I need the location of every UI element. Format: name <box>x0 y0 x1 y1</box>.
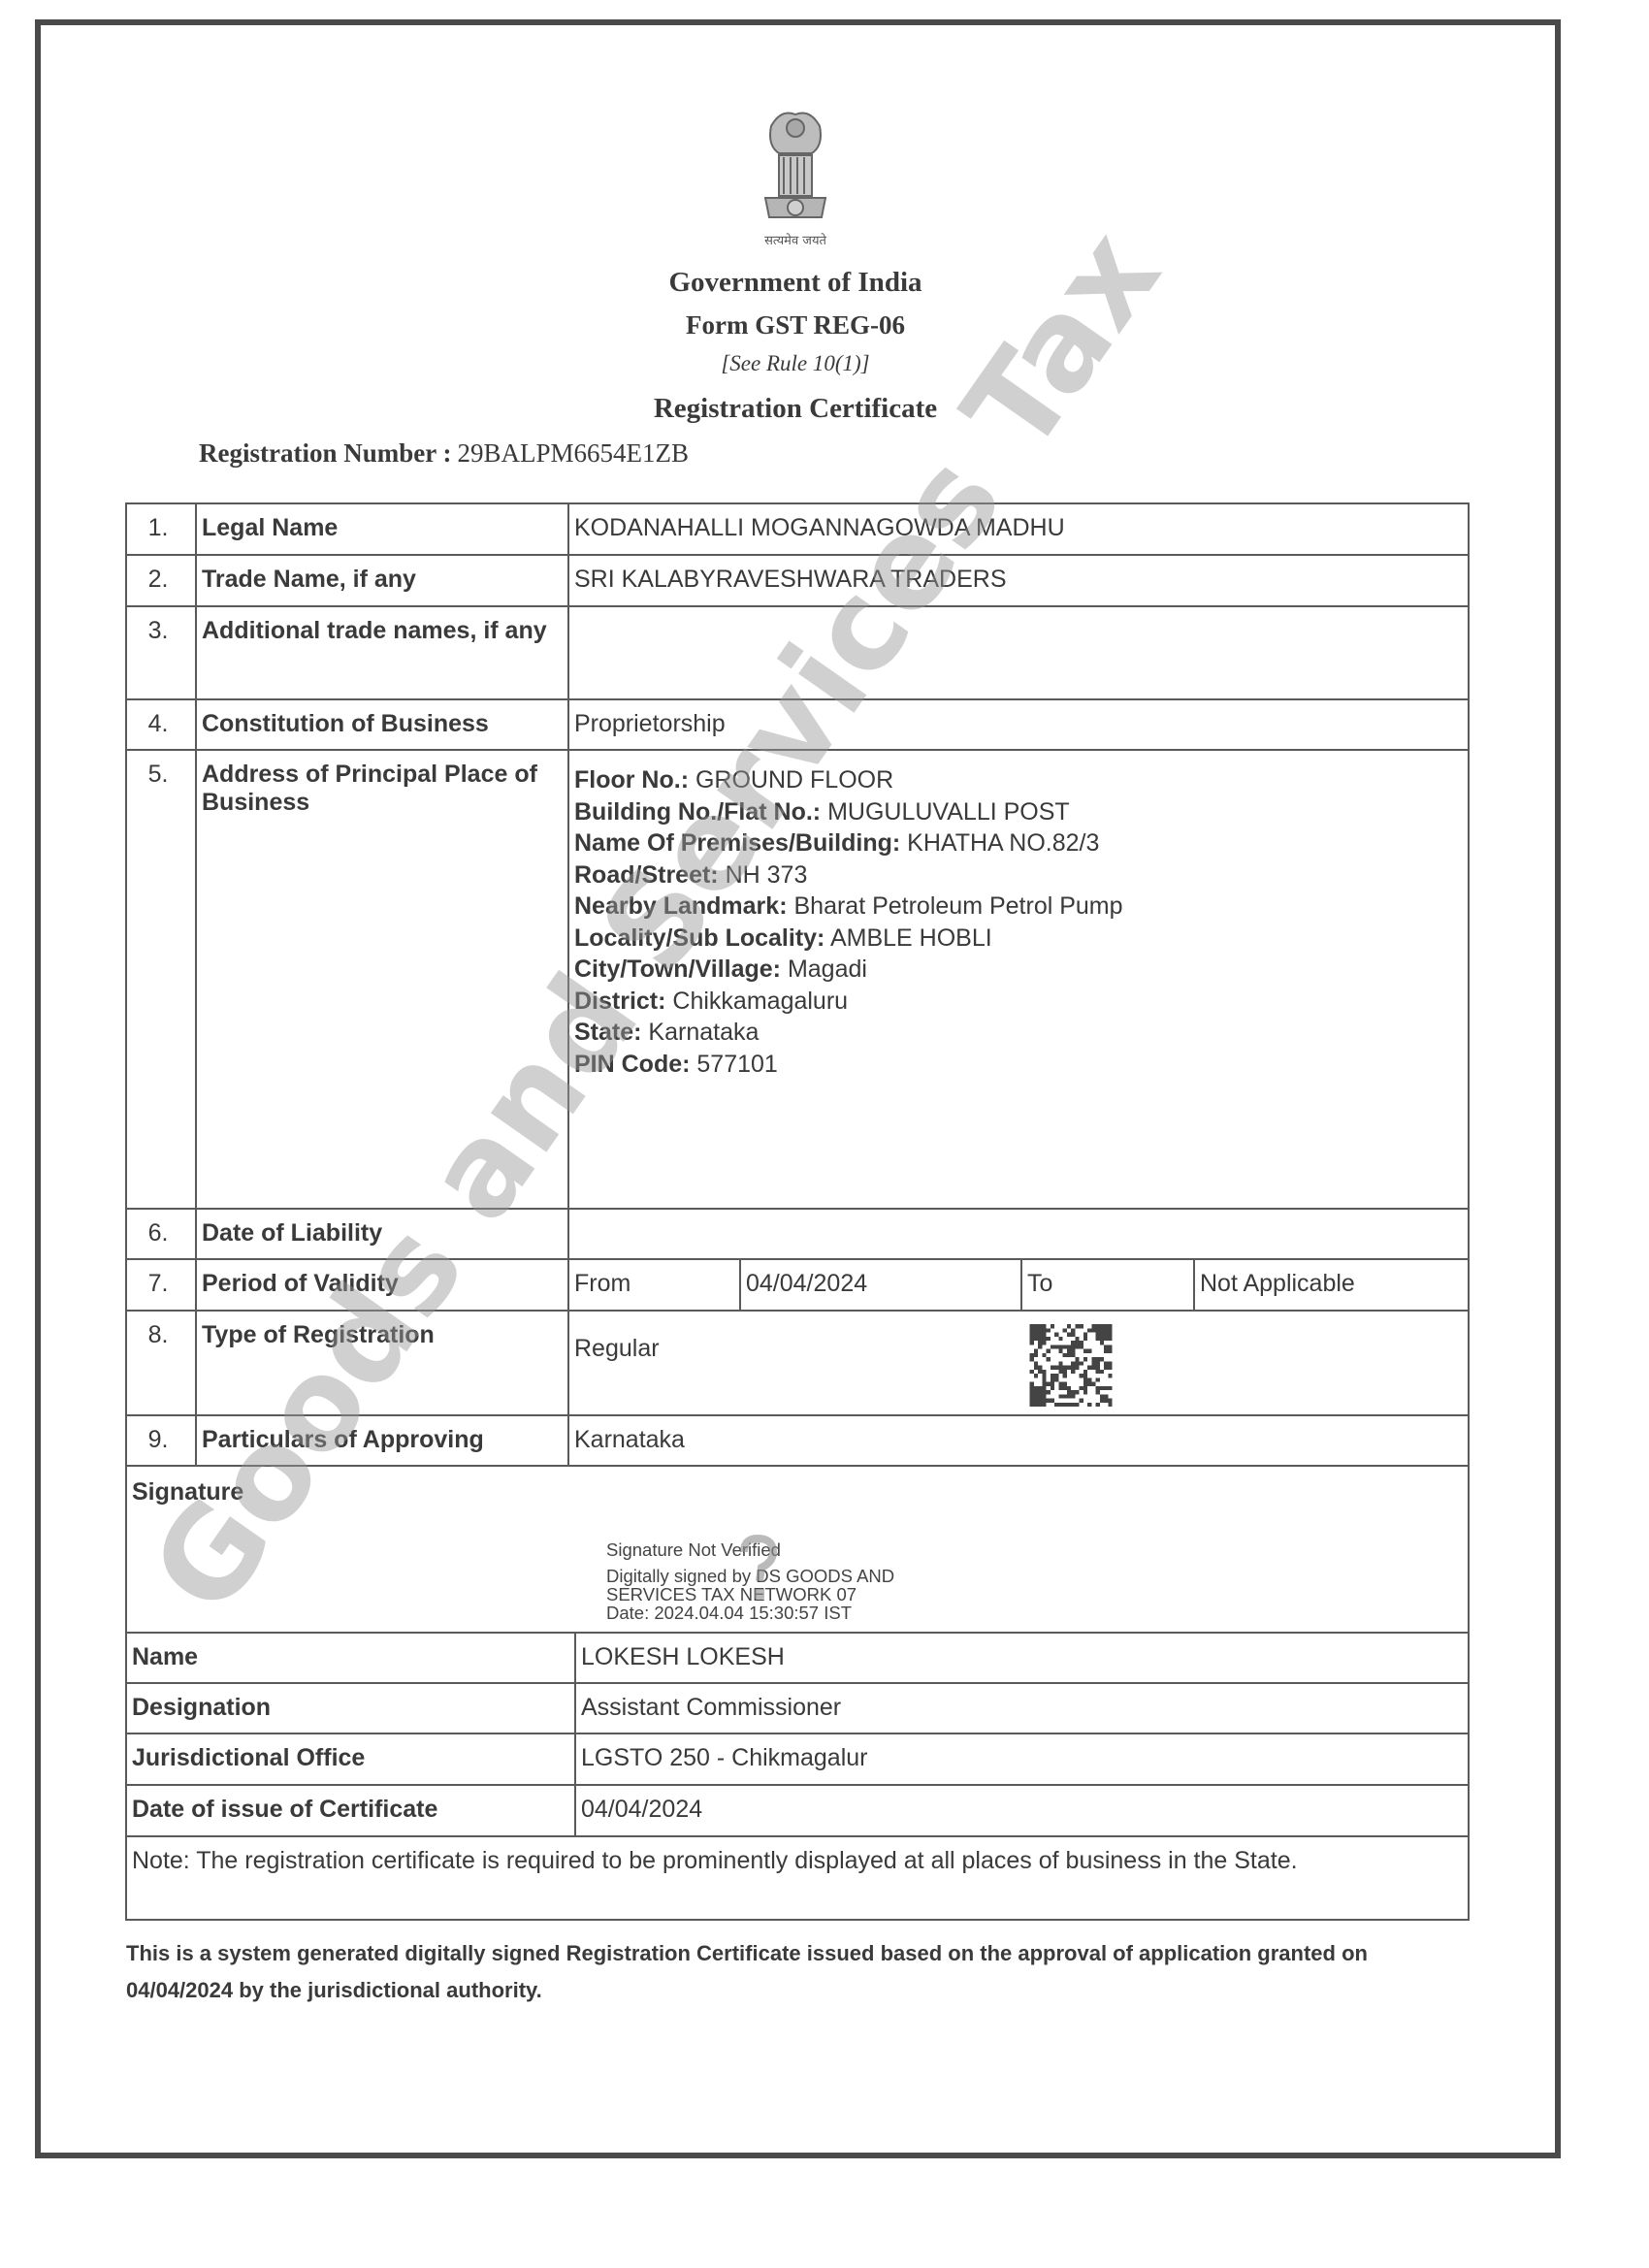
legal-name-label: Legal Name <box>195 502 569 556</box>
particulars-of-approving-label: Particulars of Approving <box>195 1414 569 1467</box>
designation-value: Assistant Commissioner <box>574 1682 1470 1734</box>
address-value: Floor No.: GROUND FLOOR Building No./Fla… <box>567 749 1470 1210</box>
date-of-issue-value: 04/04/2024 <box>574 1784 1470 1837</box>
officer-name-label: Name <box>125 1632 576 1684</box>
particulars-of-approving-value: Karnataka <box>567 1414 1470 1467</box>
additional-trade-names-label: Additional trade names, if any <box>195 605 569 700</box>
officer-name-value: LOKESH LOKESH <box>574 1632 1470 1684</box>
row-number: 1. <box>125 502 197 556</box>
address-pin: PIN Code: 577101 <box>574 1049 1462 1081</box>
signature-label: Signature <box>132 1478 243 1506</box>
qr-code-icon <box>1028 1324 1114 1407</box>
row-number: 6. <box>125 1208 197 1260</box>
legal-name-value: KODANAHALLI MOGANNAGOWDA MADHU <box>567 502 1470 556</box>
jurisdictional-office-value: LGSTO 250 - Chikmagalur <box>574 1733 1470 1786</box>
address-city: City/Town/Village: Magadi <box>574 954 1462 986</box>
emblem-motto: सत्यमेव जयते <box>737 231 854 248</box>
trade-name-label: Trade Name, if any <box>195 554 569 607</box>
jurisdictional-office-label: Jurisdictional Office <box>125 1733 576 1786</box>
system-generated-notice: This is a system generated digitally sig… <box>126 1935 1474 2009</box>
row-number: 5. <box>125 749 197 1210</box>
certificate-title: Registration Certificate <box>0 393 1591 425</box>
designation-label: Designation <box>125 1682 576 1734</box>
address-landmark: Nearby Landmark: Bharat Petroleum Petrol… <box>574 891 1462 923</box>
registration-number-label: Registration Number : <box>199 438 451 468</box>
signature-unverified-icon <box>736 1535 779 1604</box>
row-number: 3. <box>125 605 197 700</box>
registration-number-value: 29BALPM6654E1ZB <box>457 438 689 468</box>
row-number: 7. <box>125 1258 197 1312</box>
constitution-label: Constitution of Business <box>195 698 569 751</box>
address-locality: Locality/Sub Locality: AMBLE HOBLI <box>574 923 1462 955</box>
type-of-registration-value: Regular <box>567 1310 1470 1416</box>
address-premises: Name Of Premises/Building: KHATHA NO.82/… <box>574 827 1462 859</box>
validity-from-date: 04/04/2024 <box>739 1258 1022 1312</box>
trade-name-value: SRI KALABYRAVESHWARA TRADERS <box>567 554 1470 607</box>
form-name: Form GST REG-06 <box>0 310 1591 340</box>
address-state: State: Karnataka <box>574 1017 1462 1049</box>
date-of-liability-label: Date of Liability <box>195 1208 569 1260</box>
address-district: District: Chikkamagaluru <box>574 986 1462 1018</box>
display-note: Note: The registration certificate is re… <box>125 1835 1470 1921</box>
address-floor: Floor No.: GROUND FLOOR <box>574 764 1462 796</box>
validity-to-value: Not Applicable <box>1193 1258 1470 1312</box>
registration-number: Registration Number :29BALPM6654E1ZB <box>199 438 689 469</box>
signature-date: Date: 2024.04.04 15:30:57 IST <box>606 1604 894 1622</box>
validity-to-label: To <box>1020 1258 1195 1312</box>
validity-from-label: From <box>567 1258 741 1312</box>
row-number: 9. <box>125 1414 197 1467</box>
address-label: Address of Principal Place of Business <box>195 749 569 1210</box>
row-number: 4. <box>125 698 197 751</box>
type-of-registration-label: Type of Registration <box>195 1310 569 1416</box>
address-road: Road/Street: NH 373 <box>574 859 1462 891</box>
period-of-validity-label: Period of Validity <box>195 1258 569 1312</box>
constitution-value: Proprietorship <box>567 698 1470 751</box>
additional-trade-names-value <box>567 605 1470 700</box>
date-of-issue-label: Date of issue of Certificate <box>125 1784 576 1837</box>
row-number: 8. <box>125 1310 197 1416</box>
date-of-liability-value <box>567 1208 1470 1260</box>
government-title: Government of India <box>0 267 1591 299</box>
address-building: Building No./Flat No.: MUGULUVALLI POST <box>574 796 1462 828</box>
rule-reference: [See Rule 10(1)] <box>0 351 1591 376</box>
row-number: 2. <box>125 554 197 607</box>
